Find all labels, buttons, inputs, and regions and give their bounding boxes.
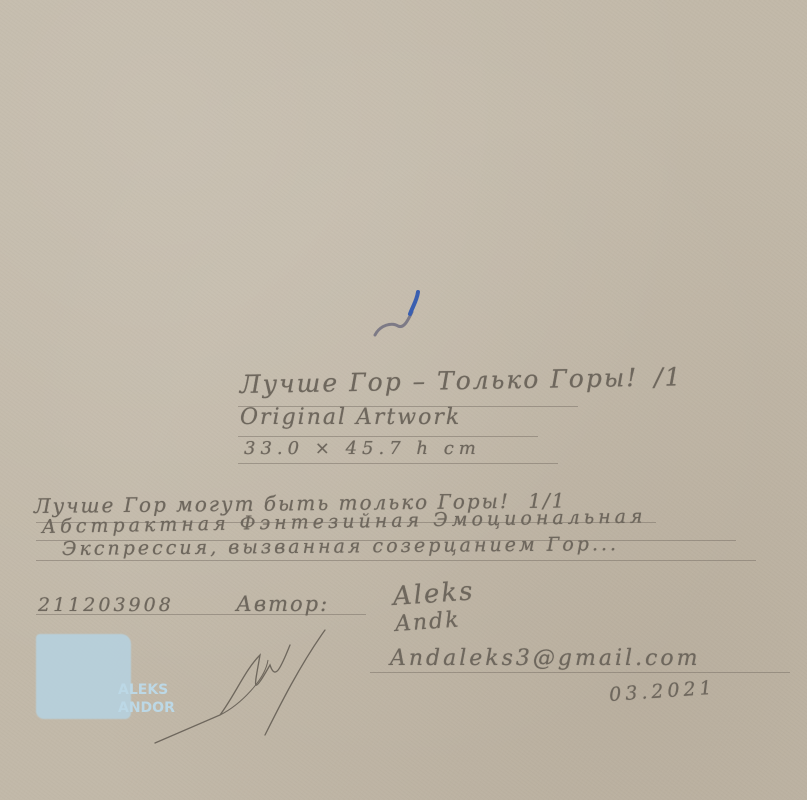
- artwork-dimensions: 33.0 × 45.7 h cm: [244, 438, 481, 459]
- artwork-title-text: Лучше Гор – Только Горы!: [239, 363, 638, 399]
- desc-underline-3: [36, 560, 756, 561]
- description-line-3: Экспрессия, вызванная созерцанием Гор...: [62, 533, 619, 560]
- author-label: Автор:: [236, 592, 329, 616]
- signature: [150, 625, 350, 755]
- title-underline-3: [238, 463, 558, 464]
- author-second-name: Andk: [394, 607, 461, 637]
- artwork-title-suffix: /1: [654, 362, 683, 391]
- stamp-block: [36, 634, 131, 719]
- signing-date: 03.2021: [608, 677, 716, 706]
- serial-number: 211203908: [38, 594, 174, 616]
- email-underline: [370, 672, 790, 673]
- original-artwork-label: Original Artwork: [240, 405, 461, 430]
- artwork-title: Лучше Гор – Только Горы! /1: [239, 362, 682, 399]
- blue-ink-mark: [370, 280, 430, 340]
- title-underline-2: [238, 436, 538, 437]
- author-email: Andaleks3@gmail.com: [390, 646, 700, 671]
- author-first-name: Aleks: [392, 576, 475, 612]
